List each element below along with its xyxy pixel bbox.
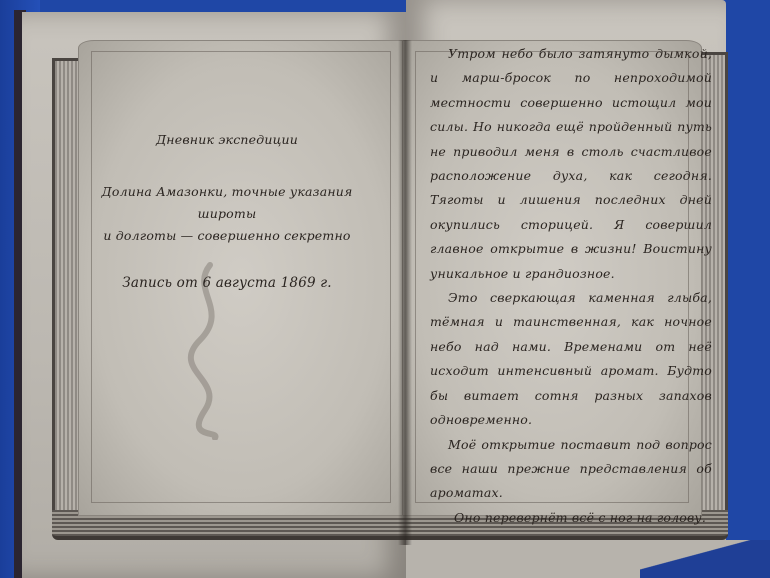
diary-title: Дневник экспедиции <box>82 132 372 147</box>
location-note: Долина Амазонки, точные указания широты … <box>82 181 372 247</box>
book-spine-gutter <box>398 40 412 545</box>
paragraph-3: Моё открытие поставит под вопрос все наш… <box>430 433 712 506</box>
paragraph-1: Утром небо было затянуто дымкой, и марш-… <box>430 42 712 286</box>
paragraph-4: Оно перевернёт всё с ног на голову. <box>430 506 712 530</box>
entry-date: Запись от 6 августа 1869 г. <box>82 275 372 291</box>
location-line-2: и долготы — совершенно секретно <box>82 225 372 247</box>
left-page-text: Дневник экспедиции Долина Амазонки, точн… <box>82 120 372 291</box>
right-page-text: Утром небо было затянуто дымкой, и марш-… <box>430 42 712 530</box>
blue-tablecloth-corner <box>640 540 770 578</box>
paragraph-2: Это сверкающая каменная глыба, тёмная и … <box>430 286 712 432</box>
location-line-1: Долина Амазонки, точные указания широты <box>82 181 372 225</box>
